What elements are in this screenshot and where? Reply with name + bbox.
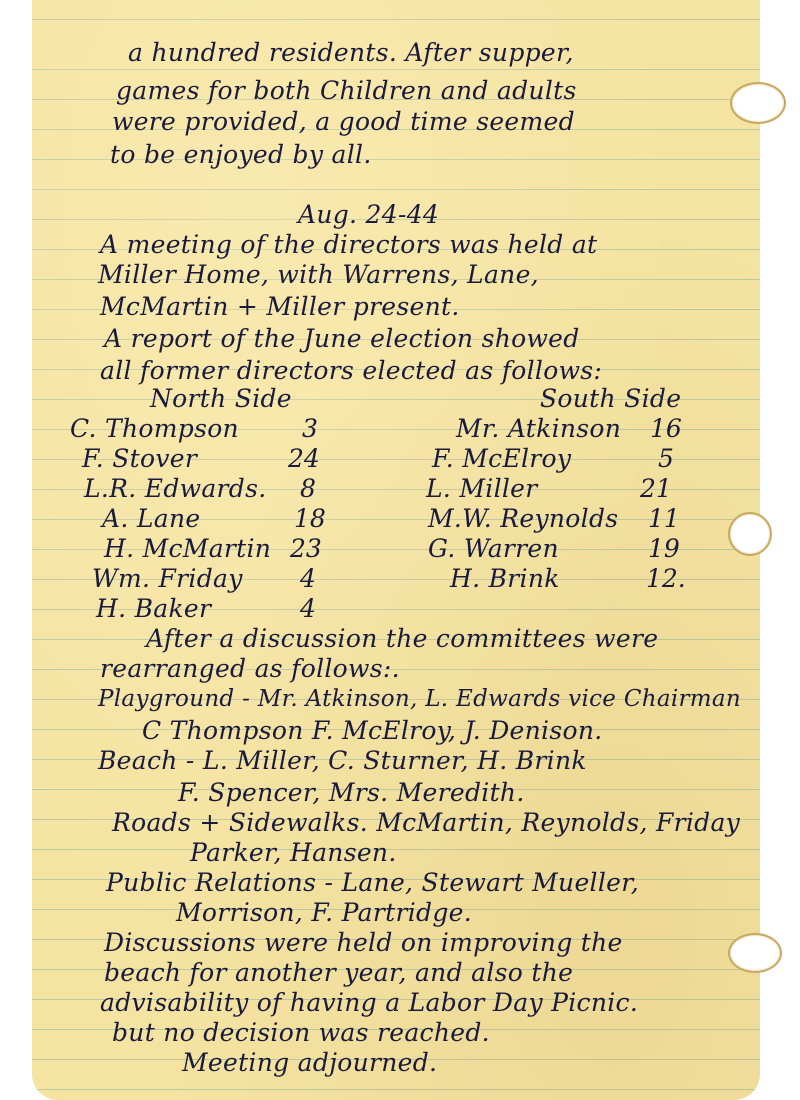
south-name-6: H. Brink [450,564,560,593]
committee-beach: Beach - L. Miller, C. Sturner, H. Brink [98,746,587,775]
north-name-5: H. McMartin [104,534,271,563]
committee-beach-cont: F. Spencer, Mrs. Meredith. [178,778,525,807]
continuation-line-1: a hundred residents. After supper, [128,38,574,67]
south-votes-3: 21 [640,474,672,503]
continuation-line-3: were provided, a good time seemed [112,107,575,136]
south-name-1: Mr. Atkinson [456,414,621,443]
punch-hole-top [732,84,784,122]
north-name-1: C. Thompson [70,414,239,443]
committee-roads-sidewalks: Roads + Sidewalks. McMartin, Reynolds, F… [112,808,740,837]
closing-line-1: Discussions were held on improving the [104,928,623,957]
south-name-4: M.W. Reynolds [428,504,618,533]
opening-line-5: all former directors elected as follows: [100,356,602,385]
north-name-6: Wm. Friday [92,564,243,593]
opening-line-4: A report of the June election showed [104,324,580,353]
south-name-3: L. Miller [426,474,538,503]
committee-playground: Playground - Mr. Atkinson, L. Edwards vi… [98,686,741,712]
meeting-adjourned: Meeting adjourned. [182,1048,437,1077]
north-votes-6: 4 [300,564,316,593]
north-name-2: F. Stover [82,444,197,473]
north-votes-5: 23 [290,534,322,563]
south-name-2: F. McElroy [432,444,571,473]
committee-playground-cont: C Thompson F. McElroy, J. Denison. [142,716,602,745]
north-votes-7: 4 [300,594,316,623]
committee-public-relations-cont: Morrison, F. Partridge. [176,898,472,927]
closing-line-4: but no decision was reached. [112,1018,490,1047]
committee-roads-sidewalks-cont: Parker, Hansen. [190,838,397,867]
north-votes-3: 8 [300,474,316,503]
opening-line-2: Miller Home, with Warrens, Lane, [98,260,539,289]
punch-hole-bottom [730,935,780,971]
north-votes-1: 3 [302,414,318,443]
south-votes-1: 16 [650,414,682,443]
south-votes-2: 5 [658,444,674,473]
punch-hole-middle [730,514,770,554]
south-votes-5: 19 [648,534,680,563]
committees-intro-line-2: rearranged as follows:. [100,654,400,683]
south-side-header: South Side [540,384,681,413]
north-name-4: A. Lane [102,504,200,533]
north-side-header: North Side [150,384,292,413]
north-votes-2: 24 [288,444,320,473]
committee-public-relations: Public Relations - Lane, Stewart Mueller… [106,868,639,897]
south-votes-4: 11 [648,504,680,533]
continuation-line-2: games for both Children and adults [116,76,577,105]
north-votes-4: 18 [294,504,326,533]
entry-date: Aug. 24-44 [298,200,439,229]
south-votes-6: 12. [646,564,686,593]
south-name-5: G. Warren [428,534,559,563]
continuation-line-4: to be enjoyed by all. [110,140,372,169]
closing-line-2: beach for another year, and also the [104,958,573,987]
opening-line-1: A meeting of the directors was held at [100,230,597,259]
committees-intro-line-1: After a discussion the committees were [146,624,658,653]
north-name-3: L.R. Edwards. [84,474,266,503]
opening-line-3: McMartin + Miller present. [100,292,460,321]
north-name-7: H. Baker [96,594,211,623]
closing-line-3: advisability of having a Labor Day Picni… [100,988,638,1017]
